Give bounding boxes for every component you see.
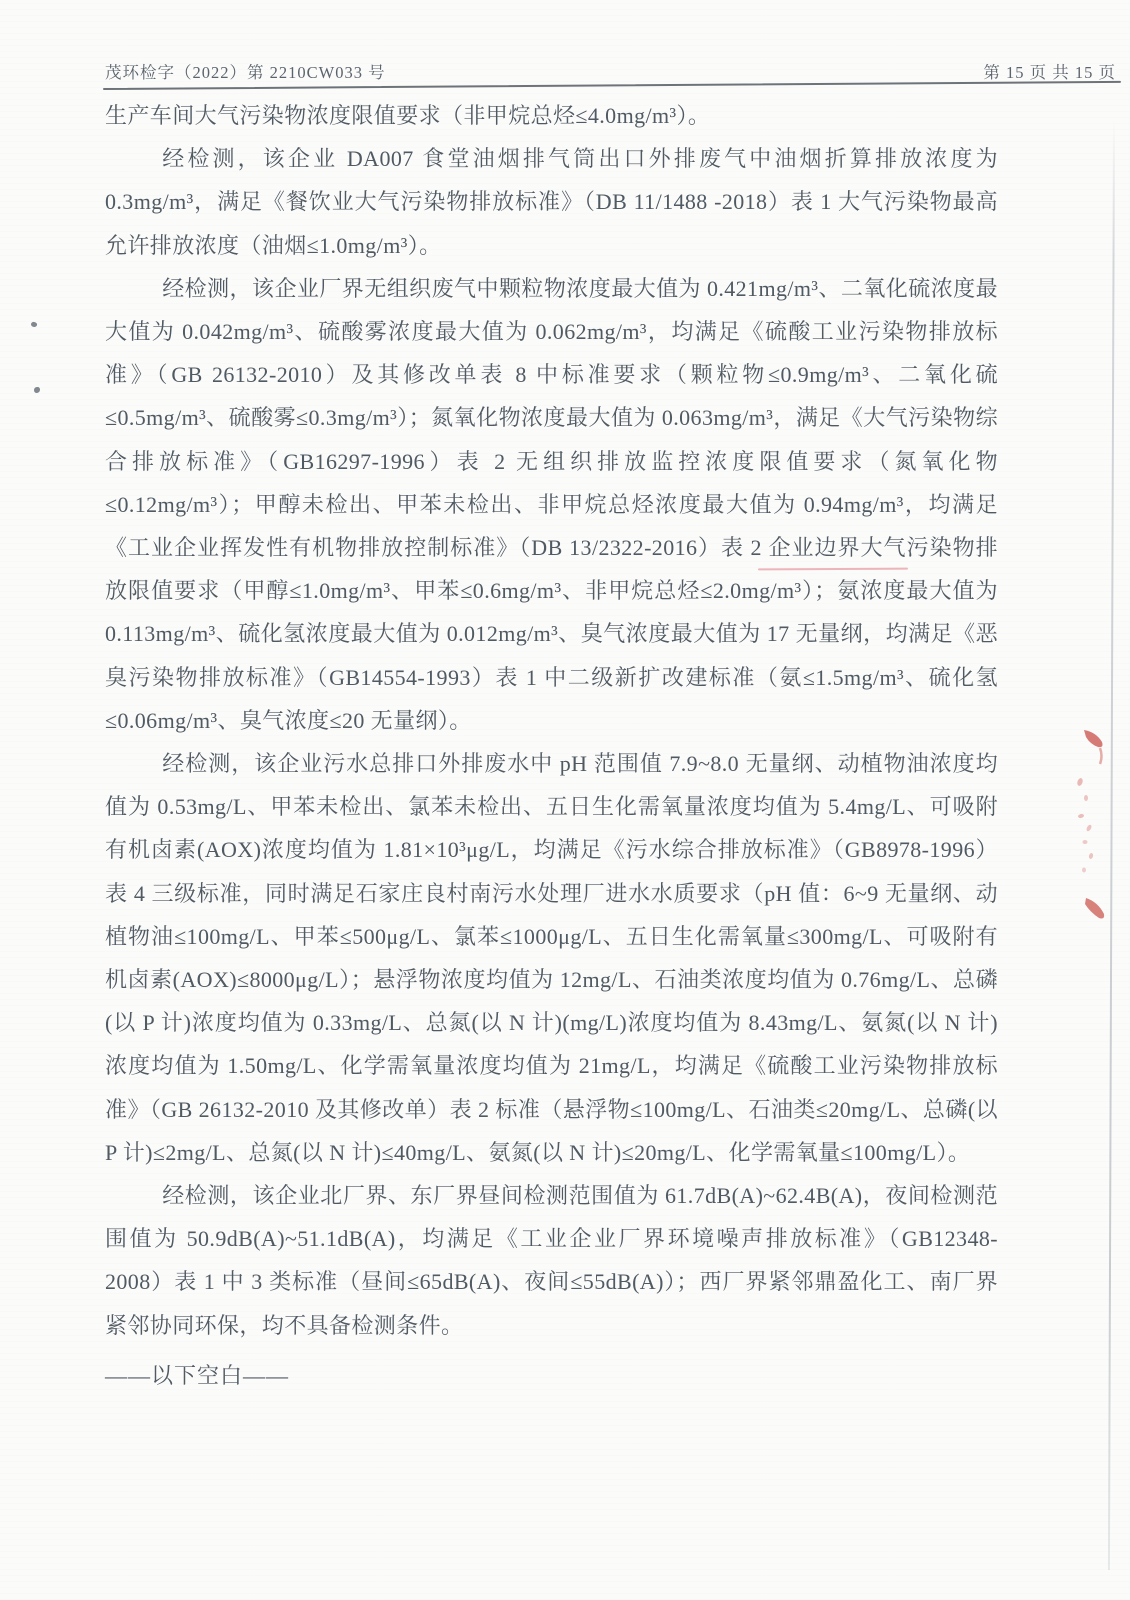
paragraph-continuation-workshop-limits: 生产车间大气污染物浓度限值要求（非甲烷总烃≤4.0mg/m³）。	[105, 94, 998, 137]
red-stamp-fragment	[1056, 720, 1118, 932]
ink-speck	[30, 321, 38, 328]
doc-number: 茂环检字（2022）第 2210CW033 号	[105, 59, 386, 83]
document-page: 茂环检字（2022）第 2210CW033 号 第 15 页 共 15 页 生产…	[0, 0, 1130, 1600]
page-edge-scan-line	[1108, 120, 1115, 1570]
document-body: 生产车间大气污染物浓度限值要求（非甲烷总烃≤4.0mg/m³）。经检测，该企业 …	[105, 94, 998, 1397]
ink-speck	[34, 387, 40, 393]
below-blank-marker: ——以下空白——	[105, 1354, 998, 1397]
paragraph-canteen-fume: 经检测，该企业 DA007 食堂油烟排气筒出口外排废气中油烟折算排放浓度为 0.…	[105, 137, 998, 267]
page-indicator: 第 15 页 共 15 页	[983, 59, 1116, 83]
paragraph-wastewater: 经检测，该企业污水总排口外排废水中 pH 范围值 7.9~8.0 无量纲、动植物…	[105, 742, 998, 1174]
paragraph-fugitive-emissions: 经检测，该企业厂界无组织废气中颗粒物浓度最大值为 0.421mg/m³、二氧化硫…	[105, 267, 998, 742]
page-header: 茂环检字（2022）第 2210CW033 号 第 15 页 共 15 页	[105, 59, 1116, 83]
paragraph-boundary-noise: 经检测，该企业北厂界、东厂界昼间检测范围值为 61.7dB(A)~62.4B(A…	[105, 1174, 998, 1347]
